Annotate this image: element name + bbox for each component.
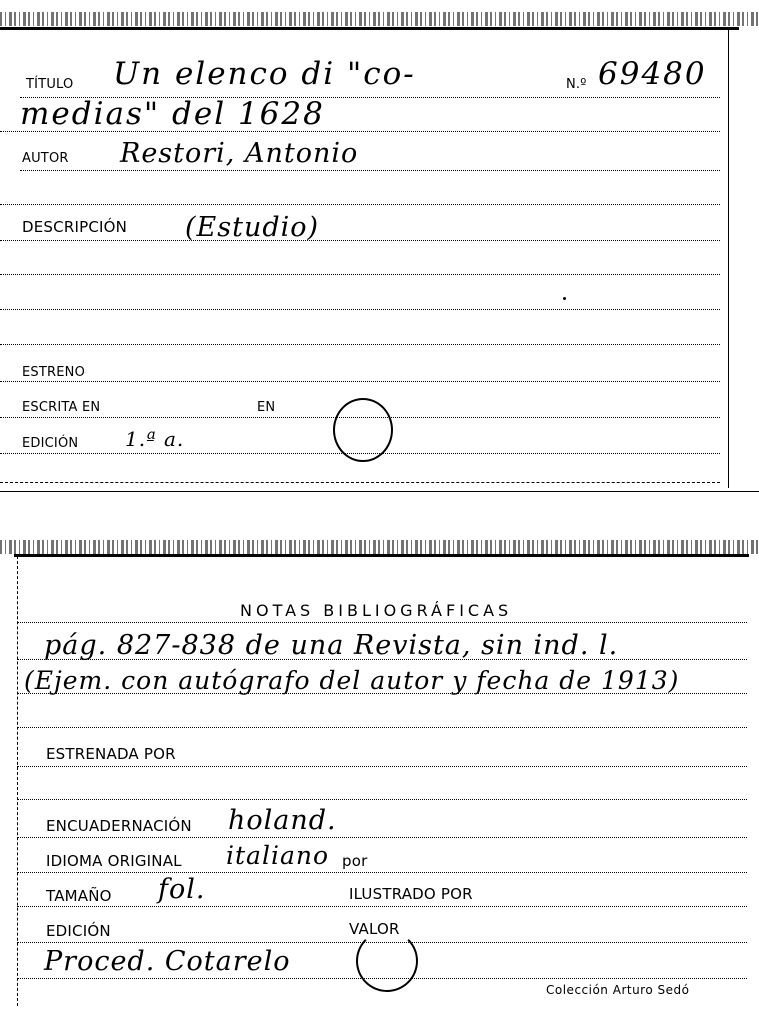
numero-label: N.º [566, 77, 587, 92]
rule-blank-3 [0, 309, 720, 310]
card-back-top-edge [0, 540, 759, 554]
card-back: NOTAS BIBLIOGRÁFICAS pág. 827-838 de una… [0, 530, 759, 1028]
rule-blank-back-1 [17, 727, 747, 728]
tamano-rule [17, 906, 747, 907]
ilustrado-por-label: ILUSTRADO POR [349, 885, 473, 903]
edicion-value: 1.ª a. [125, 427, 184, 451]
card-back-left-border [17, 556, 18, 1006]
por-label: por [342, 852, 367, 870]
speck [563, 297, 566, 300]
encuadernacion-label: ENCUADERNACIÓN [46, 817, 192, 835]
notas-line-2: (Ejem. con autógrafo del autor y fecha d… [24, 666, 679, 695]
card-front-bottom-edge [0, 491, 759, 492]
tamano-label: TAMAÑO [46, 887, 112, 905]
tamano-value: fol. [158, 874, 205, 905]
card-back-top-border [14, 554, 749, 557]
titulo-value-line1: Un elenco di "co- [113, 56, 416, 92]
estreno-label: ESTRENO [22, 365, 85, 380]
encuadernacion-rule [17, 837, 747, 838]
notas-line-1: pág. 827-838 de una Revista, sin ind. l. [44, 630, 618, 661]
numero-value: 69480 [598, 56, 707, 92]
notas-rule-2 [17, 693, 747, 694]
titulo-value-line2: medias" del 1628 [20, 96, 325, 132]
punch-hole-back [356, 930, 418, 992]
autor-label: AUTOR [22, 151, 69, 166]
descripcion-rule [0, 240, 720, 241]
titulo-label: TÍTULO [26, 77, 73, 92]
rule-bottom-front [0, 482, 720, 483]
autor-rule [20, 170, 720, 171]
edicion-back-label: EDICIÓN [46, 922, 111, 940]
notas-rule-1 [17, 659, 747, 660]
card-top-border [0, 27, 739, 30]
rule-blank-1 [0, 204, 720, 205]
idioma-original-value: italiano [226, 841, 329, 870]
card-top-edge [0, 12, 759, 26]
descripcion-value: (Estudio) [185, 212, 319, 243]
encuadernacion-value: holand. [228, 805, 337, 836]
notas-rule [17, 622, 747, 623]
estrenada-por-rule [17, 766, 747, 767]
edicion-label: EDICIÓN [22, 436, 78, 451]
rule-blank-2 [0, 274, 720, 275]
en-label: EN [257, 400, 275, 415]
idioma-rule [17, 872, 747, 873]
estrenada-por-label: ESTRENADA POR [46, 745, 176, 763]
estreno-rule [0, 381, 720, 382]
autor-value: Restori, Antonio [120, 138, 358, 169]
idioma-original-label: IDIOMA ORIGINAL [46, 852, 182, 870]
punch-hole-front [333, 398, 393, 462]
card-right-border [728, 28, 729, 488]
card-front: TÍTULO Un elenco di "co- N.º 69480 media… [0, 0, 759, 495]
escrita-en-label: ESCRITA EN [22, 400, 100, 415]
collection-footer: Colección Arturo Sedó [546, 983, 689, 997]
titulo-rule-2 [0, 131, 720, 132]
rule-blank-back-2 [17, 799, 747, 800]
notas-heading: NOTAS BIBLIOGRÁFICAS [240, 601, 512, 620]
procedencia-value: Proced. Cotarelo [44, 946, 291, 977]
descripcion-label: DESCRIPCIÓN [22, 218, 127, 236]
rule-blank-4 [0, 344, 720, 345]
